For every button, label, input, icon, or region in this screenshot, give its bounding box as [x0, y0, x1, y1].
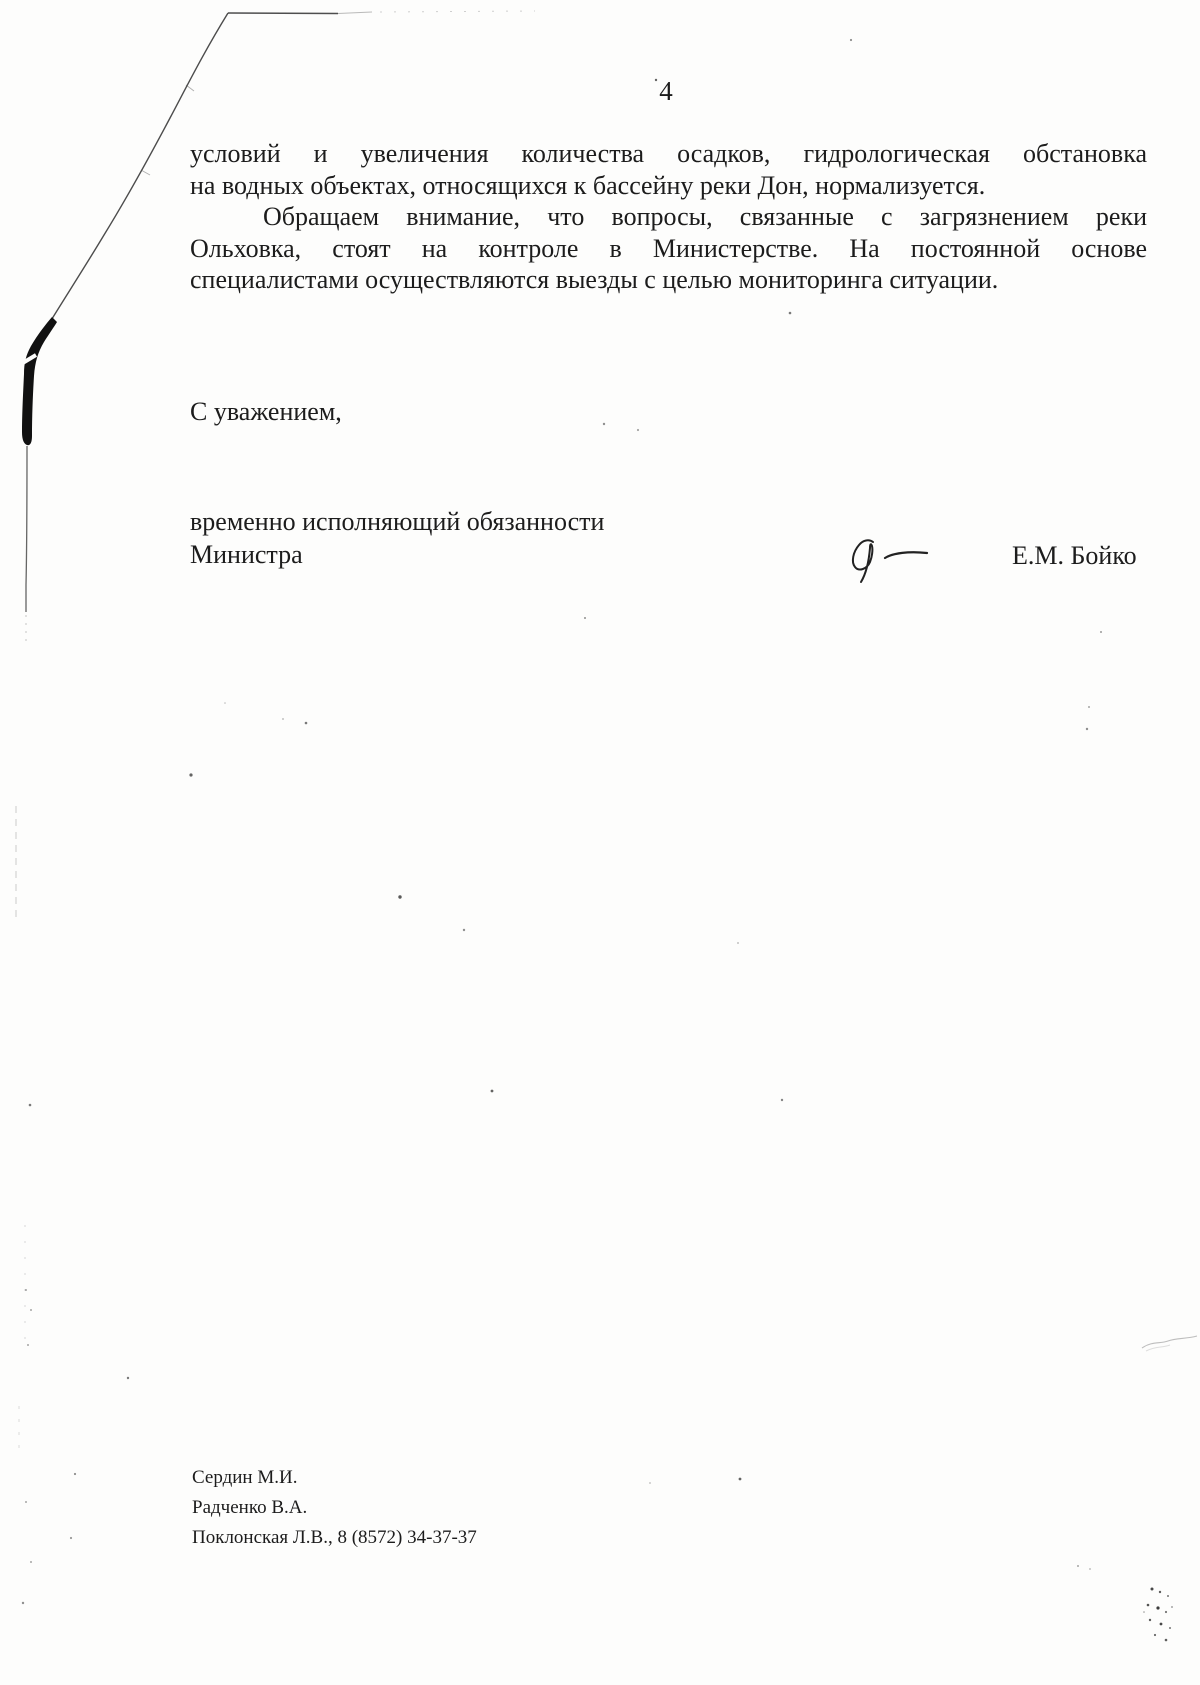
- contact-line: Поклонская Л.В., 8 (8572) 34-37-37: [192, 1523, 477, 1553]
- scan-ink-blob: [22, 317, 57, 445]
- contact-line: Радченко В.А.: [192, 1493, 477, 1523]
- paragraph2-line3: специалистами осуществляются выезды с це…: [190, 264, 1147, 296]
- scan-fold-top-edge-fade: [338, 12, 372, 14]
- scan-ink-blob-slit: [21, 355, 36, 364]
- scan-fold-top-edge: [228, 13, 338, 14]
- executor-contacts: Сердин М.И. Радченко В.А. Поклонская Л.В…: [192, 1463, 477, 1553]
- signatory-title-line1: временно исполняющий обязанности: [190, 506, 604, 538]
- scan-squiggle-2: [1146, 1345, 1170, 1351]
- letter-body: условий и увеличения количества осадков,…: [190, 138, 1147, 296]
- closing-salutation: С уважением,: [190, 396, 342, 428]
- contact-line: Сердин М.И.: [192, 1463, 477, 1493]
- scan-fold-line-twig: [141, 85, 194, 175]
- scan-fold-top-edge-dots: [380, 11, 535, 12]
- signatory-name: Е.М. Бойко: [1012, 540, 1137, 572]
- scan-squiggle: [1142, 1336, 1197, 1348]
- signatory-title-line2: Министра: [190, 539, 303, 571]
- paragraph1-line1: условий и увеличения количества осадков,…: [190, 138, 1147, 170]
- scan-ink-blob-tail: [26, 446, 27, 612]
- paragraph2-line1: Обращаем внимание, что вопросы, связанны…: [190, 201, 1147, 233]
- signature-mark-icon: [843, 536, 938, 588]
- scan-noise-cluster: [1143, 1588, 1173, 1642]
- paragraph2-line2: Ольховка, стоят на контроле в Министерст…: [190, 233, 1147, 265]
- document-page: 4 условий и увеличения количества осадко…: [0, 0, 1200, 1685]
- paragraph1-line2: на водных объектах, относящихся к бассей…: [190, 170, 1147, 202]
- page-number: 4: [659, 78, 673, 105]
